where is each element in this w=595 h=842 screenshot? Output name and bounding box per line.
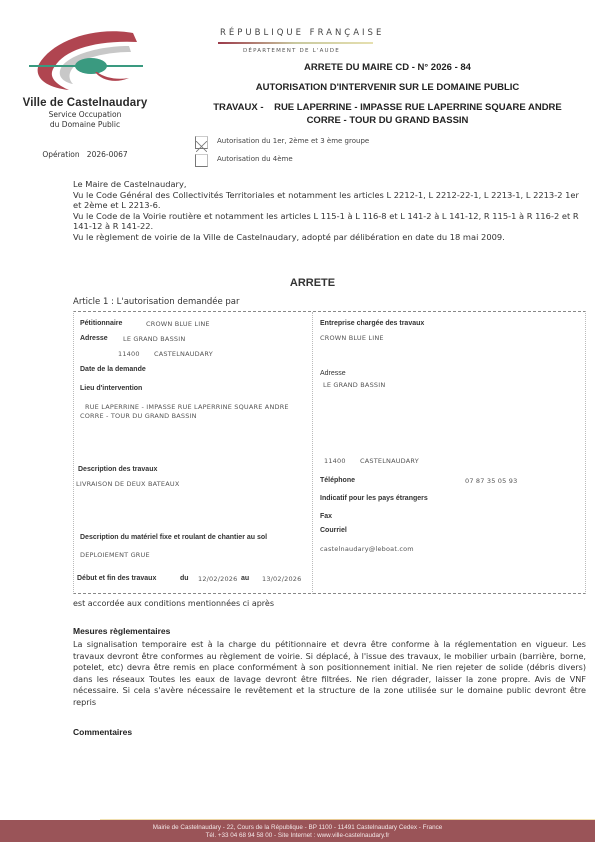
materiel-label: Description du matériel fixe et roulant … [80,534,267,541]
checkbox-label-groupe-4: Autorisation du 4ème [217,155,293,163]
entreprise-city: CASTELNAUDARY [360,457,419,465]
preamble: Le Maire de Castelnaudary, Vu le Code Gé… [73,179,583,243]
castelnaudary-logo-icon [25,28,145,93]
petitionnaire-label: Pétitionnaire [80,320,122,327]
mesures-heading: Mesures règlementaires [73,626,170,636]
adresse-value: LE GRAND BASSIN [123,335,185,343]
operation-number: Opération 2026-0067 [20,150,150,159]
adresse-label: Adresse [80,335,108,342]
petitionnaire-value: CROWN BLUE LINE [146,320,210,328]
telephone-label: Téléphone [320,477,355,484]
travaux-title: TRAVAUX - RUE LAPERRINE - IMPASSE RUE LA… [180,101,595,127]
arrete-number-title: ARRETE DU MAIRE CD - N° 2026 - 84 [180,62,595,73]
service-name: Service Occupation du Domaine Public [20,110,150,130]
entreprise-postal-code: 11400 [324,457,346,465]
mesures-text: La signalisation temporaire est à la cha… [73,639,586,708]
entreprise-adresse-value: LE GRAND BASSIN [323,381,385,389]
autorisation-title: AUTORISATION D'INTERVENIR SUR LE DOMAINE… [180,82,595,93]
accord-statement: est accordée aux conditions mentionnées … [73,599,274,608]
form-column-divider [312,312,313,594]
description-travaux-label: Description des travaux [78,466,157,473]
footer-contact: Tél. +33 04 68 94 58 00 - Site Internet … [0,832,595,839]
materiel-value: DEPLOIEMENT GRUE [80,551,150,559]
footer-address: Mairie de Castelnaudary - 22, Cours de l… [0,824,595,831]
city-name: Ville de Castelnaudary [20,97,150,109]
republique-francaise: RÉPUBLIQUE FRANÇAISE [220,28,384,38]
checkbox-groupe-1-2-3[interactable] [195,136,208,149]
lieu-intervention-label: Lieu d'intervention [80,385,142,392]
article-1: Article 1 : L'autorisation demandée par [73,297,239,307]
description-travaux-value: LIVRAISON DE DEUX BATEAUX [76,480,179,488]
city-value: CASTELNAUDARY [154,350,213,358]
telephone-value: 07 87 35 05 93 [465,477,517,485]
lieu-intervention-value-line1: RUE LAPERRINE - IMPASSE RUE LAPERRINE SQ… [85,403,289,411]
date-fin-value: 13/02/2026 [262,575,301,583]
date-debut-value: 12/02/2026 [198,575,237,583]
lieu-intervention-value-line2: CORRE - TOUR DU GRAND BASSIN [80,412,197,420]
checkbox-groupe-4[interactable] [195,154,208,167]
entreprise-adresse-label: Adresse [320,370,346,377]
entreprise-value: CROWN BLUE LINE [320,334,384,342]
header-divider [218,42,373,44]
commentaires-heading: Commentaires [73,727,132,737]
departement: DÉPARTEMENT DE L'AUDE [243,48,340,54]
arrete-heading: ARRETE [0,277,595,289]
date-demande-label: Date de la demande [80,366,146,373]
checkbox-label-groupe-1-2-3: Autorisation du 1er, 2ème et 3 ème group… [217,137,369,145]
courriel-label: Courriel [320,527,347,534]
postal-code-value: 11400 [118,350,140,358]
entreprise-label: Entreprise chargée des travaux [320,320,424,327]
fax-label: Fax [320,513,332,520]
checkmark-x-icon [196,141,207,152]
au-label: au [241,575,249,582]
du-label: du [180,575,189,582]
courriel-value: castelnaudary@leboat.com [320,545,414,553]
indicatif-label: Indicatif pour les pays étrangers [320,495,428,502]
dates-travaux-label: Début et fin des travaux [77,575,156,582]
